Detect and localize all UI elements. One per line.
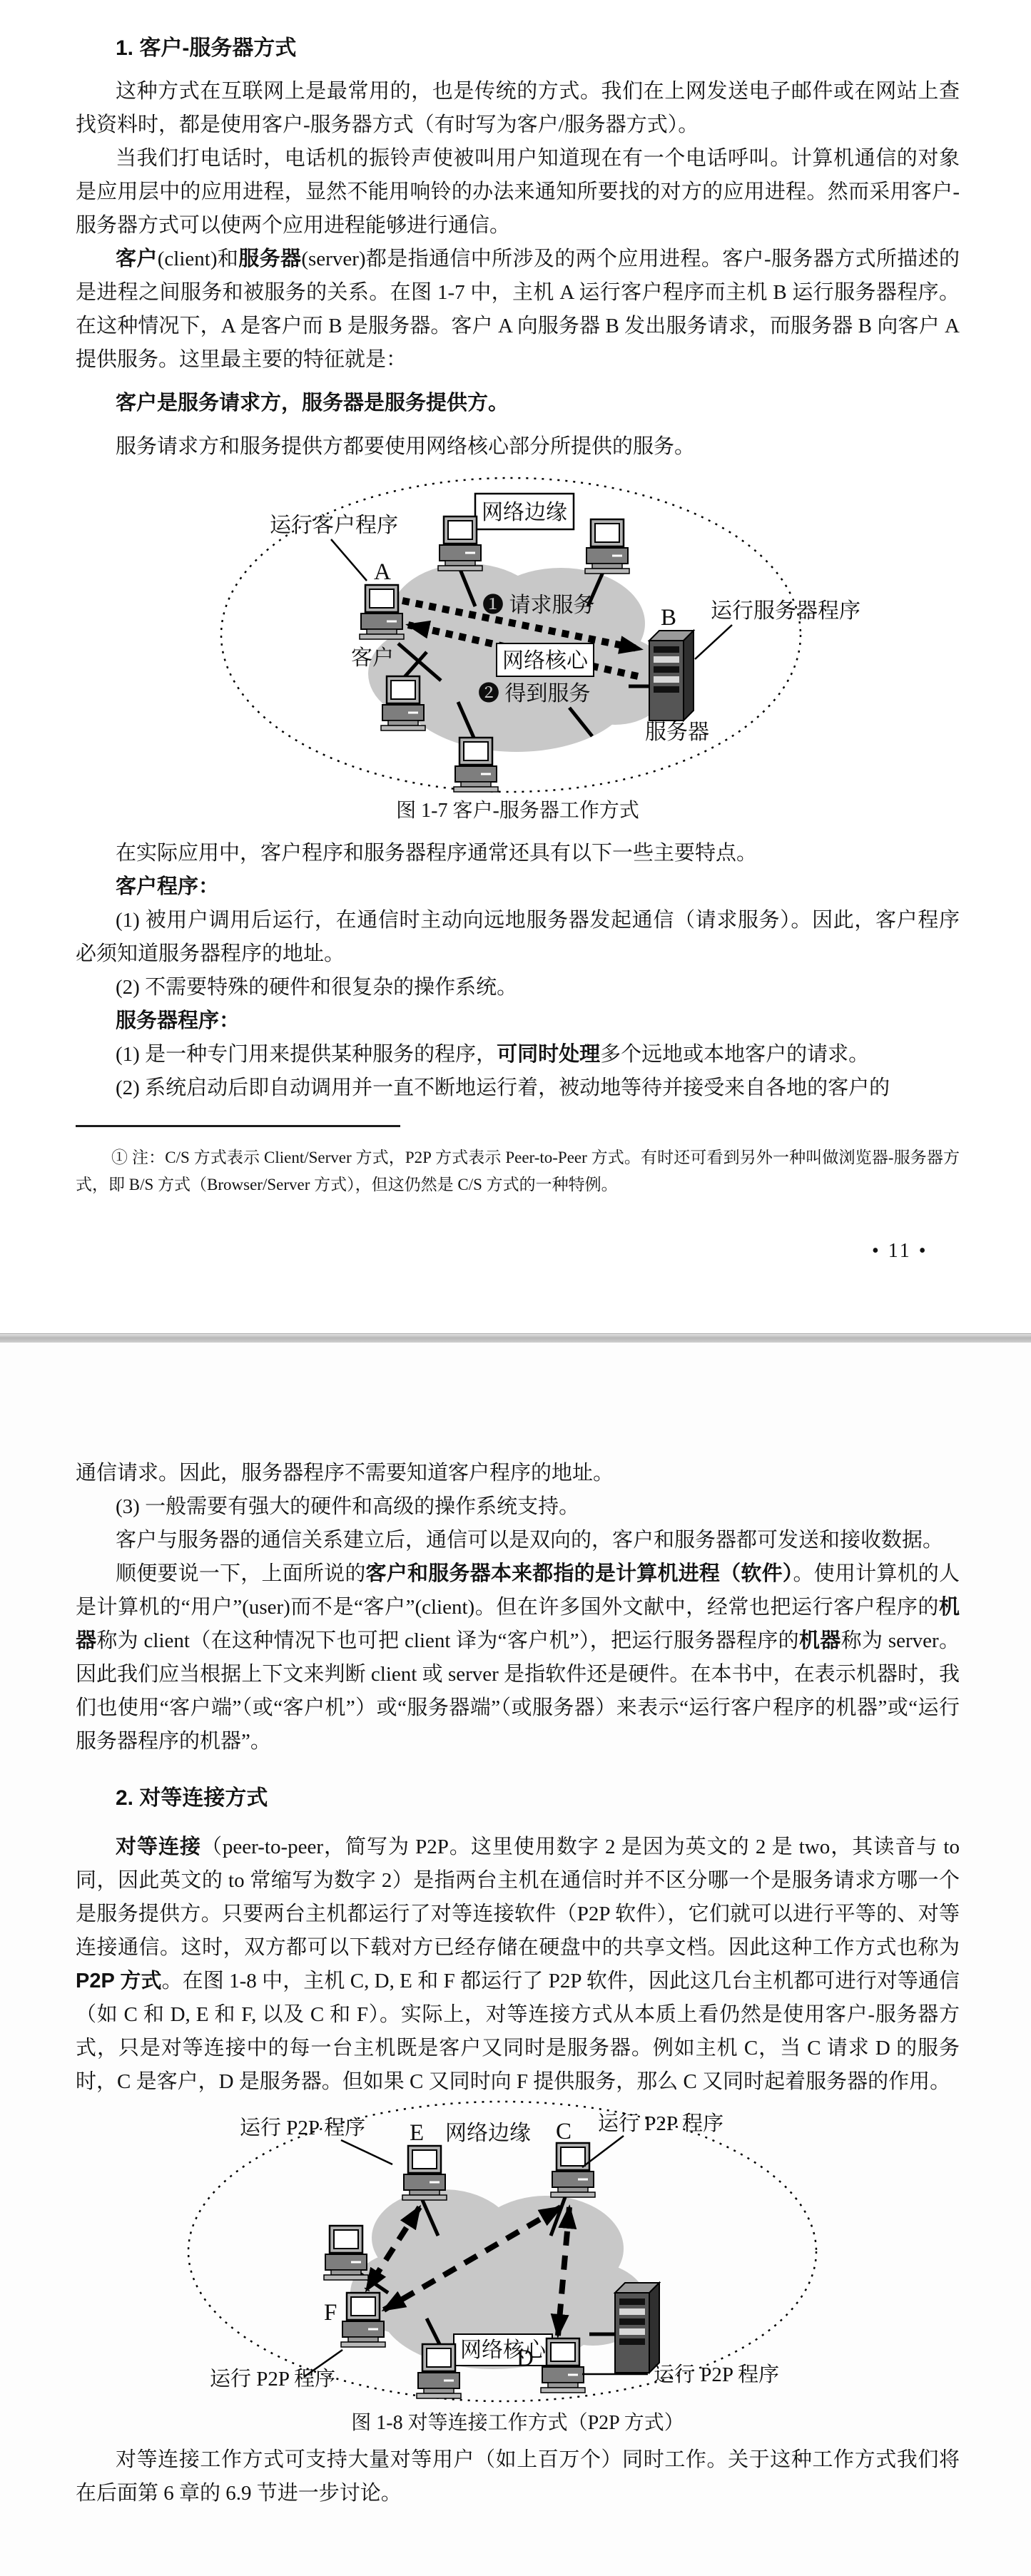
paragraph: (1) 被用户调用后运行，在通信时主动向远地服务器发起通信（请求服务）。因此，客… <box>76 904 960 971</box>
edge-computer-icon <box>381 676 425 730</box>
server-label: 服务器 <box>645 721 709 744</box>
paragraph: 在实际应用中，客户程序和服务器程序通常还具有以下一些主要特点。 <box>76 837 960 870</box>
paragraph: 对等连接工作方式可支持大量对等用户（如上百万个）同时工作。关于这种工作方式我们将… <box>76 2443 960 2510</box>
run-p2p-program-label-top-left: 运行 P2P 程序 <box>240 2116 365 2139</box>
server-b-icon <box>649 631 694 721</box>
network-core-label: 网络核心 <box>502 649 589 673</box>
footnote: ① 注：C/S 方式表示 Client/Server 方式，P2P 方式表示 P… <box>76 1144 960 1198</box>
callout-line <box>341 2140 392 2164</box>
edge-computer-icon <box>324 2226 368 2280</box>
client-program-header: 客户程序： <box>76 870 960 904</box>
edge-computer-icon <box>585 519 629 574</box>
run-p2p-program-label-top-right: 运行 P2P 程序 <box>598 2112 723 2135</box>
network-edge-label: 网络边缘 <box>445 2122 531 2145</box>
host-b-label: B <box>661 605 676 631</box>
page-number: • 11 • <box>872 1240 928 1263</box>
run-p2p-program-label-bottom-left: 运行 P2P 程序 <box>210 2367 335 2391</box>
client-label: 客户 <box>351 646 394 670</box>
figure-1-7-diagram: 网络边缘 网络核心 ❶ 请求服务 ❷ 得到服务 A 客户 B 服务器 运行客户程… <box>161 472 875 793</box>
paragraph: (1) 是一种专门用来提供某种服务的程序，可同时处理多个远地或本地客户的请求。 <box>76 1038 960 1071</box>
paragraph: 客户与服务器的通信关系建立后，通信可以是双向的，客户和服务器都可发送和接收数据。 <box>76 1524 960 1557</box>
paragraph: 对等连接（peer-to-peer，简写为 P2P。这里使用数字 2 是因为英文… <box>76 1831 960 2099</box>
host-d-computer-icon <box>541 2338 585 2393</box>
section-heading-peer-to-peer: 2. 对等连接方式 <box>76 1781 960 1815</box>
run-server-program-label: 运行服务器程序 <box>711 599 860 623</box>
host-e-computer-icon <box>402 2146 447 2200</box>
figure-1-8-diagram: 网络核心 网络边缘 E C F D 运行 P2P 程序 运行 P2P 程序 运行… <box>161 2099 875 2406</box>
network-core-label: 网络核心 <box>460 2338 547 2362</box>
get-service-label: ❷ 得到服务 <box>478 682 591 706</box>
request-service-label: ❶ 请求服务 <box>482 594 595 617</box>
paragraph: 客户(client)和服务器(server)都是指通信中所涉及的两个应用进程。客… <box>76 243 960 377</box>
key-feature-statement: 客户是服务请求方，服务器是服务提供方。 <box>76 387 960 420</box>
edge-computer-icon <box>454 738 498 792</box>
host-d-label: D <box>517 2346 534 2371</box>
edge-computer-icon <box>417 2344 461 2398</box>
figure-1-8: 网络核心 网络边缘 E C F D 运行 P2P 程序 运行 P2P 程序 运行… <box>161 2099 875 2438</box>
page-scan-separator <box>0 1333 1031 1343</box>
page-12: 通信请求。因此，服务器程序不需要知道客户程序的地址。 (3) 一般需要有强大的硬… <box>0 1343 1031 2576</box>
footnote-separator <box>76 1125 400 1127</box>
callout-line <box>695 625 732 659</box>
host-c-label: C <box>556 2119 572 2144</box>
server-program-header: 服务器程序： <box>76 1004 960 1038</box>
section-heading-client-server: 1. 客户-服务器方式 <box>76 31 960 65</box>
host-a-label: A <box>374 559 391 585</box>
callout-line <box>331 539 367 581</box>
server-icon <box>615 2283 659 2373</box>
page-11: 1. 客户-服务器方式 这种方式在互联网上是最常用的，也是传统的方式。我们在上网… <box>0 0 1031 1333</box>
host-f-computer-icon <box>341 2293 385 2347</box>
figure-1-8-caption: 图 1-8 对等连接工作方式（P2P 方式） <box>161 2409 875 2438</box>
paragraph: (3) 一般需要有强大的硬件和高级的操作系统支持。 <box>76 1490 960 1524</box>
figure-1-7: 网络边缘 网络核心 ❶ 请求服务 ❷ 得到服务 A 客户 B 服务器 运行客户程… <box>161 472 875 825</box>
paragraph: (2) 系统启动后即自动调用并一直不断地运行着，被动地等待并接受来自各地的客户的 <box>76 1071 960 1105</box>
figure-1-7-caption: 图 1-7 客户-服务器工作方式 <box>161 797 875 825</box>
host-c-computer-icon <box>551 2143 595 2197</box>
host-a-computer-icon <box>360 585 404 639</box>
paragraph: 顺便要说一下，上面所说的客户和服务器本来都指的是计算机进程（软件）。使用计算机的… <box>76 1557 960 1758</box>
run-p2p-program-label-bottom-right: 运行 P2P 程序 <box>654 2363 779 2386</box>
paragraph: 这种方式在互联网上是最常用的，也是传统的方式。我们在上网发送电子邮件或在网站上查… <box>76 75 960 142</box>
host-e-label: E <box>410 2120 424 2146</box>
paragraph: 服务请求方和服务提供方都要使用网络核心部分所提供的服务。 <box>76 430 960 464</box>
network-edge-label: 网络边缘 <box>482 501 567 524</box>
paragraph: 通信请求。因此，服务器程序不需要知道客户程序的地址。 <box>76 1457 960 1490</box>
paragraph: (2) 不需要特殊的硬件和很复杂的操作系统。 <box>76 971 960 1004</box>
textbook-scan: { "page1": { "heading": "1. 客户-服务器方式", "… <box>0 0 1031 2576</box>
paragraph: 当我们打电话时，电话机的振铃声使被叫用户知道现在有一个电话呼叫。计算机通信的对象… <box>76 142 960 243</box>
edge-computer-icon <box>438 516 482 571</box>
run-client-program-label: 运行客户程序 <box>270 514 398 537</box>
host-f-label: F <box>324 2300 337 2326</box>
